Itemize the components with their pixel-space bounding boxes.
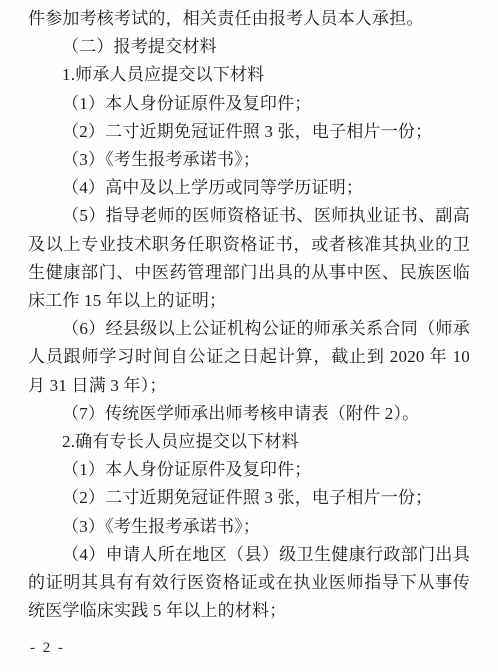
paragraph-continuation: 件参加考核考试的，相关责任由报考人员本人承担。 xyxy=(28,5,470,33)
list-item: （5）指导老师的医师资格证书、医师执业证书、副高及以上专业技术职务任职资格证书，… xyxy=(28,202,470,315)
section-heading: （二）报考提交材料 xyxy=(28,33,470,61)
list-item: （3）《考生报考承诺书》； xyxy=(28,146,470,174)
list-item: （4）申请人所在地区（县）级卫生健康行政部门出具的证明其具有有效行医资格证或在执… xyxy=(28,541,470,626)
list-item: （6）经县级以上公证机构公证的师承关系合同（师承人员跟师学习时间自公证之日起计算… xyxy=(28,315,470,400)
list-item: （1）本人身份证原件及复印件； xyxy=(28,90,470,118)
subsection-heading: 1.师承人员应提交以下材料 xyxy=(28,61,470,89)
document-page: 件参加考核考试的，相关责任由报考人员本人承担。 （二）报考提交材料 1.师承人员… xyxy=(0,0,498,672)
list-item: （4）高中及以上学历或同等学历证明； xyxy=(28,174,470,202)
list-item: （2）二寸近期免冠证件照 3 张，电子相片一份； xyxy=(28,118,470,146)
page-number: - 2 - xyxy=(30,634,65,662)
list-item: （7）传统医学师承出师考核申请表（附件 2）。 xyxy=(28,400,470,428)
subsection-heading: 2.确有专长人员应提交以下材料 xyxy=(28,428,470,456)
list-item: （1）本人身份证原件及复印件； xyxy=(28,456,470,484)
list-item: （2）二寸近期免冠证件照 3 张，电子相片一份； xyxy=(28,484,470,512)
list-item: （3）《考生报考承诺书》； xyxy=(28,513,470,541)
